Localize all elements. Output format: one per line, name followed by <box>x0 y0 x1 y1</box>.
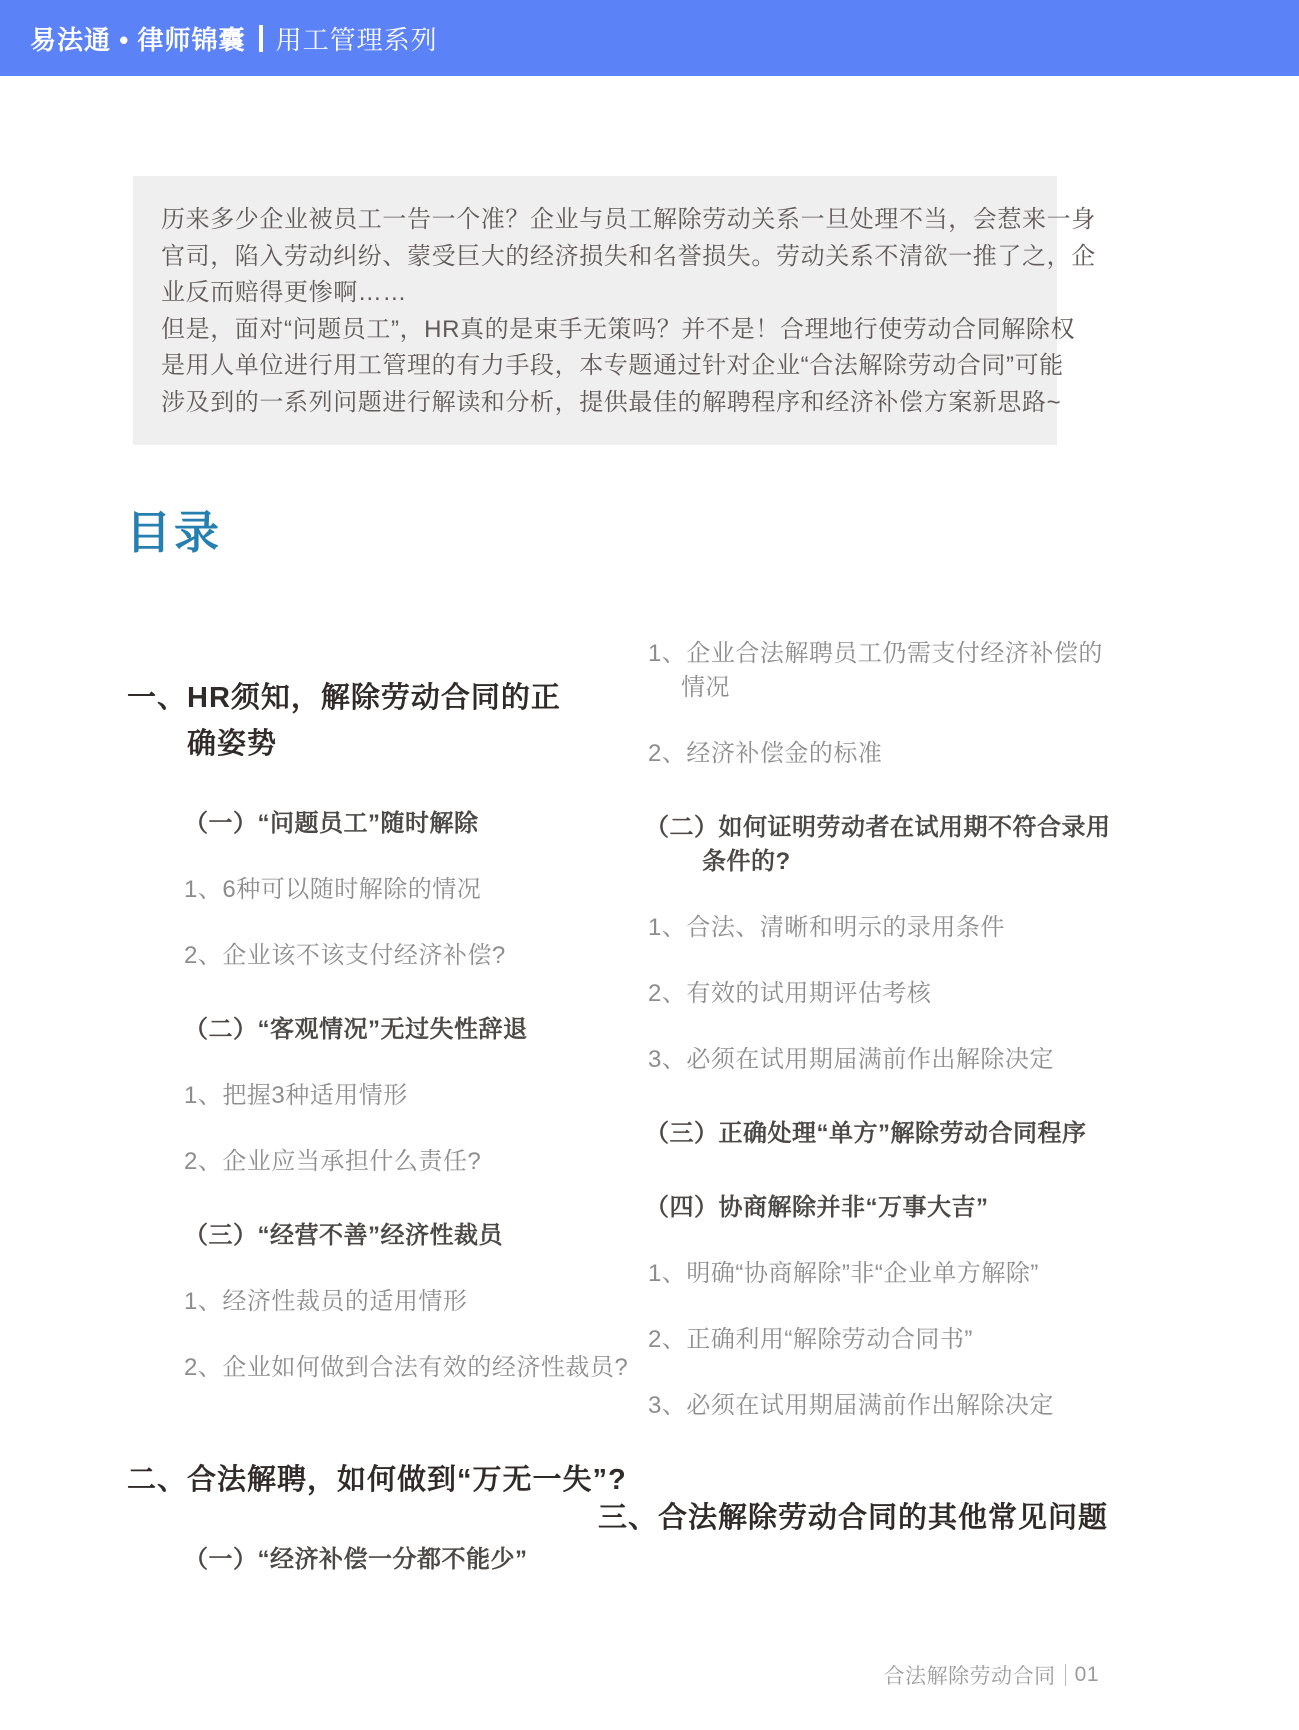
text-line: 历来多少企业被员工一告一个准？企业与员工解除劳动关系一旦处理不当，会惹来一身 <box>161 202 1029 239</box>
text-line: 1、明确“协商解除”非“企业单方解除” <box>648 1257 1178 1291</box>
text-line: 3、必须在试用期届满前作出解除决定 <box>648 1043 1178 1077</box>
toc-entry: 3、必须在试用期届满前作出解除决定 <box>598 1043 1178 1077</box>
banner-divider <box>259 25 263 52</box>
text-line: 2、经济补偿金的标准 <box>648 737 1178 771</box>
toc-entry: 二、合法解聘，如何做到“万无一失”? <box>127 1457 607 1503</box>
toc-entry: 三、合法解除劳动合同的其他常见问题 <box>598 1495 1178 1541</box>
page-footer: 合法解除劳动合同 01 <box>884 1660 1099 1690</box>
intro-paragraph: 官司，陷入劳动纠纷、蒙受巨大的经济损失和名誉损失。劳动关系不清欲一推了之，企 <box>161 239 1029 276</box>
text-line: 官司，陷入劳动纠纷、蒙受巨大的经济损失和名誉损失。劳动关系不清欲一推了之，企 <box>161 239 1029 276</box>
text-line: （二）如何证明劳动者在试用期不符合录用 <box>645 811 1178 845</box>
brand-title: 易法通 • 律师锦囊 <box>30 20 246 57</box>
toc-entry: 1、把握3种适用情形 <box>127 1079 607 1113</box>
toc-entry: （三）正确处理“单方”解除劳动合同程序 <box>598 1117 1178 1151</box>
toc-left-column: 一、HR须知，解除劳动合同的正确姿势（一）“问题员工”随时解除1、6种可以随时解… <box>127 603 607 1577</box>
text-line: 条件的? <box>702 845 1178 879</box>
intro-paragraph: 涉及到的一系列问题进行解读和分析，提供最佳的解聘程序和经济补偿方案新思路~ <box>161 385 1029 422</box>
intro-paragraph: 但是，面对“问题员工”，HR真的是束手无策吗？并不是！合理地行使劳动合同解除权 <box>161 312 1029 349</box>
text-line: 但是，面对“问题员工”，HR真的是束手无策吗？并不是！合理地行使劳动合同解除权 <box>161 312 1029 349</box>
text-line: （三）“经营不善”经济性裁员 <box>184 1219 607 1253</box>
text-line: 三、合法解除劳动合同的其他常见问题 <box>598 1495 1178 1541</box>
toc-entry: 1、合法、清晰和明示的录用条件 <box>598 911 1178 945</box>
text-line: （一）“问题员工”随时解除 <box>184 807 607 841</box>
text-line: 1、把握3种适用情形 <box>184 1079 607 1113</box>
text-line: 2、有效的试用期评估考核 <box>648 977 1178 1011</box>
intro-paragraph: 是用人单位进行用工管理的有力手段，本专题通过针对企业“合法解除劳动合同”可能 <box>161 348 1029 385</box>
text-line: 3、必须在试用期届满前作出解除决定 <box>648 1389 1178 1423</box>
text-line: 二、合法解聘，如何做到“万无一失”? <box>127 1457 607 1503</box>
toc-entry: 2、企业如何做到合法有效的经济性裁员? <box>127 1351 607 1385</box>
text-line: 情况 <box>681 671 1178 705</box>
text-line: （四）协商解除并非“万事大吉” <box>645 1191 1178 1225</box>
text-line: 涉及到的一系列问题进行解读和分析，提供最佳的解聘程序和经济补偿方案新思路~ <box>161 385 1029 422</box>
intro-box: 历来多少企业被员工一告一个准？企业与员工解除劳动关系一旦处理不当，会惹来一身官司… <box>133 176 1057 445</box>
text-line: （二）“客观情况”无过失性辞退 <box>184 1013 607 1047</box>
toc-entry: （二）如何证明劳动者在试用期不符合录用条件的? <box>598 811 1178 879</box>
toc-right-column: 1、企业合法解聘员工仍需支付经济补偿的情况2、经济补偿金的标准（二）如何证明劳动… <box>598 605 1178 1541</box>
toc-entry: 1、经济性裁员的适用情形 <box>127 1285 607 1319</box>
text-line: 1、6种可以随时解除的情况 <box>184 873 607 907</box>
text-line: 是用人单位进行用工管理的有力手段，本专题通过针对企业“合法解除劳动合同”可能 <box>161 348 1029 385</box>
text-line: 2、企业应当承担什么责任? <box>184 1145 607 1179</box>
intro-paragraph: 历来多少企业被员工一告一个准？企业与员工解除劳动关系一旦处理不当，会惹来一身 <box>161 202 1029 239</box>
toc-entry: 2、经济补偿金的标准 <box>598 737 1178 771</box>
text-line: （三）正确处理“单方”解除劳动合同程序 <box>645 1117 1178 1151</box>
footer-doc-title: 合法解除劳动合同 <box>884 1660 1056 1690</box>
toc-entry: 2、有效的试用期评估考核 <box>598 977 1178 1011</box>
text-line: 一、HR须知，解除劳动合同的正 <box>127 675 607 721</box>
text-line: 2、企业该不该支付经济补偿? <box>184 939 607 973</box>
toc-entry: 1、6种可以随时解除的情况 <box>127 873 607 907</box>
footer-page-number: 01 <box>1075 1663 1099 1687</box>
text-line: 2、正确利用“解除劳动合同书” <box>648 1323 1178 1357</box>
toc-entry: （一）“经济补偿一分都不能少” <box>127 1543 607 1577</box>
toc-title: 目录 <box>126 496 222 561</box>
toc-entry: 2、企业该不该支付经济补偿? <box>127 939 607 973</box>
toc-entry: 1、明确“协商解除”非“企业单方解除” <box>598 1257 1178 1291</box>
toc-entry: 2、正确利用“解除劳动合同书” <box>598 1323 1178 1357</box>
text-line: 1、企业合法解聘员工仍需支付经济补偿的 <box>648 637 1178 671</box>
text-line: 2、企业如何做到合法有效的经济性裁员? <box>184 1351 607 1385</box>
toc-entry: （四）协商解除并非“万事大吉” <box>598 1191 1178 1225</box>
toc-entry: （一）“问题员工”随时解除 <box>127 807 607 841</box>
text-line: 业反而赔得更惨啊…… <box>161 275 1029 312</box>
toc-entry: （二）“客观情况”无过失性辞退 <box>127 1013 607 1047</box>
footer-divider <box>1065 1664 1066 1686</box>
text-line: 1、经济性裁员的适用情形 <box>184 1285 607 1319</box>
toc-entry: 一、HR须知，解除劳动合同的正确姿势 <box>127 675 607 767</box>
toc-entry: 3、必须在试用期届满前作出解除决定 <box>598 1389 1178 1423</box>
toc-entry: 2、企业应当承担什么责任? <box>127 1145 607 1179</box>
toc-entry: 1、企业合法解聘员工仍需支付经济补偿的情况 <box>598 637 1178 705</box>
intro-paragraph: 业反而赔得更惨啊…… <box>161 275 1029 312</box>
top-banner: 易法通 • 律师锦囊 用工管理系列 <box>0 0 1299 76</box>
text-line: 1、合法、清晰和明示的录用条件 <box>648 911 1178 945</box>
series-title: 用工管理系列 <box>276 20 438 57</box>
text-line: （一）“经济补偿一分都不能少” <box>184 1543 607 1577</box>
toc-entry: （三）“经营不善”经济性裁员 <box>127 1219 607 1253</box>
text-line: 确姿势 <box>187 721 607 767</box>
